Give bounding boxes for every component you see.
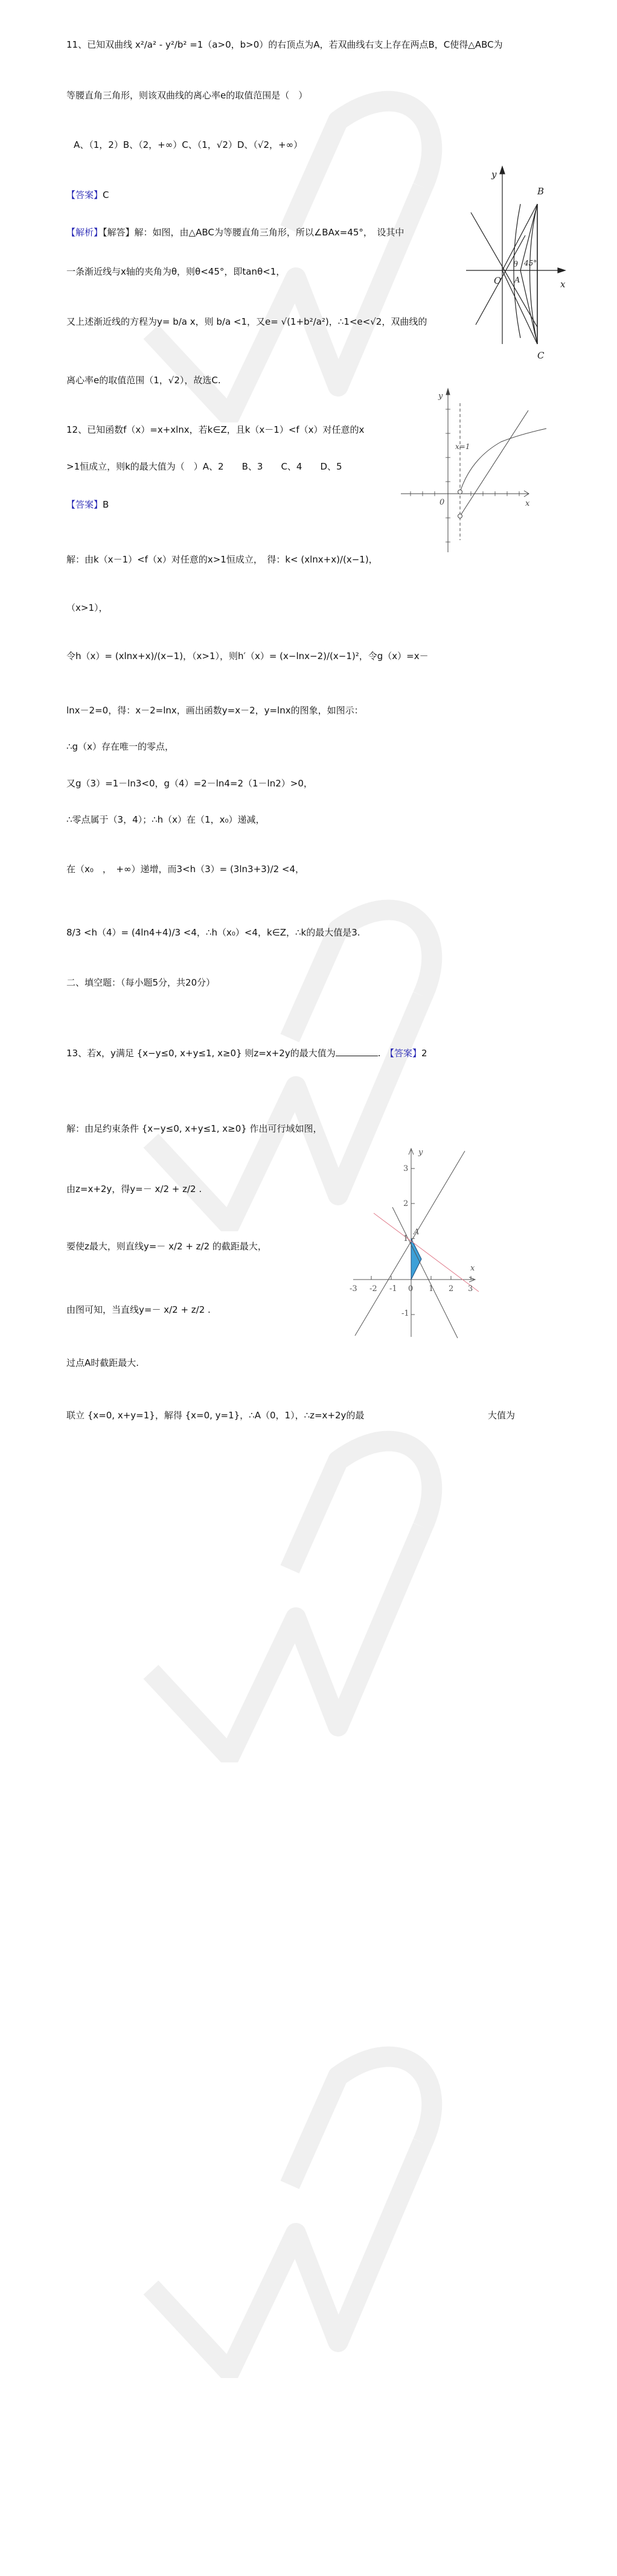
- q11-fig-45deg: 45°: [523, 259, 537, 267]
- q11-answer-value: C: [103, 190, 109, 200]
- document-page: 11、已知双曲线 x²/a² - y²/b² =1（a>0，b>0）的右顶点为A…: [0, 0, 617, 2576]
- q12-solution-line7: ∴零点属于（3，4）；∴h（x）在（1，x₀）递减，: [66, 814, 265, 826]
- q13-solution-line1: 解：由足约束条件 {x−y≤0, x+y≤1, x≥0} 作出可行域如图，: [66, 1123, 322, 1135]
- q11-stem-line2: 等腰直角三角形，则该双曲线的离心率e的取值范围是（ ）: [66, 89, 307, 101]
- q11-solution-line1: 【解析】【解答】解：如图，由△ABC为等腰直角三角形，所以∠BAx=45°， 设…: [66, 226, 404, 238]
- answer-label: 【答案】: [66, 190, 103, 200]
- q12-solution-line8: 在（x₀ ， +∞）递增，而3<h（3）= (3ln3+3)/2 <4，: [66, 863, 304, 875]
- q11-answer: 【答案】C: [66, 189, 109, 201]
- q11-fig-B: B: [537, 186, 544, 197]
- q13-stem-text: 13、若x，y满足 {x−y≤0, x+y≤1, x≥0} 则z=x+2y的最大…: [66, 1048, 336, 1059]
- q12-solution-line1: 解：由k（x－1）<f（x）对任意的x>1恒成立， 得：k< (xlnx+x)/…: [66, 553, 378, 566]
- q11-solution-line2: 一条渐近线与x轴的夹角为θ，则θ<45°，即tanθ<1，: [66, 266, 285, 278]
- q11-solution-line3: 又上述渐近线的方程为y= b/a x，则 b/a <1，又e= √(1+b²/a…: [66, 316, 427, 328]
- q11-stem-line1: 11、已知双曲线 x²/a² - y²/b² =1（a>0，b>0）的右顶点为A…: [66, 39, 503, 51]
- q12-fig-x-label: x: [525, 499, 530, 508]
- q12-answer-value: B: [103, 499, 109, 510]
- q12-solution-line3: 令h（x）= (xlnx+x)/(x−1)，（x>1），则h′（x）= (x−l…: [66, 650, 429, 662]
- q11-solution-line4: 离心率e的取值范围（1，√2），故选C.: [66, 374, 221, 386]
- q13-solution-line4: 由图可知，当直线y=－ x/2 + z/2 .: [66, 1304, 211, 1316]
- q11-sol-text: 解：如图，由△ABC为等腰直角三角形，所以∠BAx=45°， 设其中: [135, 227, 404, 238]
- analysis-label: 【解析】: [66, 227, 103, 238]
- x-tick: 0: [408, 1284, 413, 1293]
- q11-hyperbola-figure: y x O A B C θ 45°: [465, 163, 574, 362]
- x-tick: 3: [468, 1284, 473, 1293]
- watermark-logo: [139, 2004, 453, 2378]
- q13-answer-blank: [336, 1047, 378, 1056]
- q13-fig-y-label: y: [418, 1148, 423, 1157]
- q13-solution-line6: 联立 {x=0, x+y=1}，解得 {x=0, y=1}，∴A（0，1），∴z…: [66, 1409, 364, 1421]
- q13-fig-x-label: x: [470, 1264, 475, 1273]
- q12-solution-line9: 8/3 <h（4）= (4ln4+4)/3 <4，∴h（x₀）<4，k∈Z，∴k…: [66, 926, 360, 939]
- q12-stem-line2: >1恒成立，则k的最大值为（ ）A、2 B、3 C、4 D、5: [66, 461, 342, 473]
- q13-feasible-region-figure: y x A -3 -2 -1 0 1 2 3 3 2 1 -1: [347, 1144, 486, 1343]
- q12-graph-figure: y x 0 x=1: [398, 386, 549, 561]
- q13-stem: 13、若x，y满足 {x−y≤0, x+y≤1, x≥0} 则z=x+2y的最大…: [66, 1047, 427, 1059]
- q13-solution-line5: 过点A时截距最大.: [66, 1357, 139, 1369]
- q12-fig-y-label: y: [438, 392, 443, 401]
- y-tick: 2: [403, 1199, 408, 1208]
- solution-label: 【解答】: [103, 227, 135, 238]
- q13-solution-line2: 由z=x+2y，得y=－ x/2 + z/2 .: [66, 1183, 202, 1195]
- q13-fig-point-A: A: [413, 1228, 419, 1237]
- q12-stem-line1: 12、已知函数f（x）=x+xlnx，若k∈Z，且k（x－1）<f（x）对任意的…: [66, 424, 364, 436]
- y-tick: 1: [403, 1234, 408, 1243]
- answer-label: 【答案】: [66, 499, 103, 510]
- q11-fig-theta: θ: [513, 260, 518, 269]
- q11-fig-A: A: [514, 276, 520, 285]
- q11-fig-x-label: x: [560, 279, 566, 290]
- q13-solution-line3: 要使z最大，则直线y=－ x/2 + z/2 的截距最大，: [66, 1240, 267, 1252]
- x-tick: -3: [350, 1284, 357, 1293]
- q12-fig-x1-label: x=1: [455, 442, 470, 451]
- q11-fig-origin: O: [494, 275, 501, 286]
- answer-label: 【答案】: [389, 1048, 421, 1059]
- x-tick: 2: [449, 1284, 453, 1293]
- y-tick: 3: [403, 1164, 408, 1173]
- q11-options: A、（1，2）B、（2，+∞）C、（1，√2）D、（√2，+∞）: [74, 139, 302, 151]
- x-tick: -2: [369, 1284, 377, 1293]
- q11-fig-y-label: y: [491, 169, 497, 180]
- y-tick: -1: [401, 1309, 409, 1318]
- section-2-heading: 二、填空题：（每小题5分，共20分）: [66, 977, 215, 989]
- q12-fig-origin: 0: [440, 498, 444, 507]
- q12-solution-line4: lnx－2=0，得：x－2=lnx，画出函数y=x－2，y=lnx的图象，如图示…: [66, 704, 363, 716]
- x-tick: 1: [429, 1284, 433, 1293]
- q12-solution-line2: （x>1），: [66, 602, 108, 614]
- q12-solution-line5: ∴g（x）存在唯一的零点，: [66, 741, 174, 753]
- q12-solution-line6: 又g（3）=1－ln3<0，g（4）=2－ln4=2（1－ln2）>0，: [66, 777, 313, 789]
- q13-feasible-region-figure: [347, 661, 486, 860]
- watermark-logo: [139, 1388, 453, 1762]
- q11-fig-C: C: [537, 350, 545, 361]
- x-tick: -1: [389, 1284, 397, 1293]
- q13-answer-value: 2: [421, 1048, 427, 1059]
- q12-answer: 【答案】B: [66, 499, 109, 511]
- q13-solution-line6b: 大值为: [488, 1409, 515, 1421]
